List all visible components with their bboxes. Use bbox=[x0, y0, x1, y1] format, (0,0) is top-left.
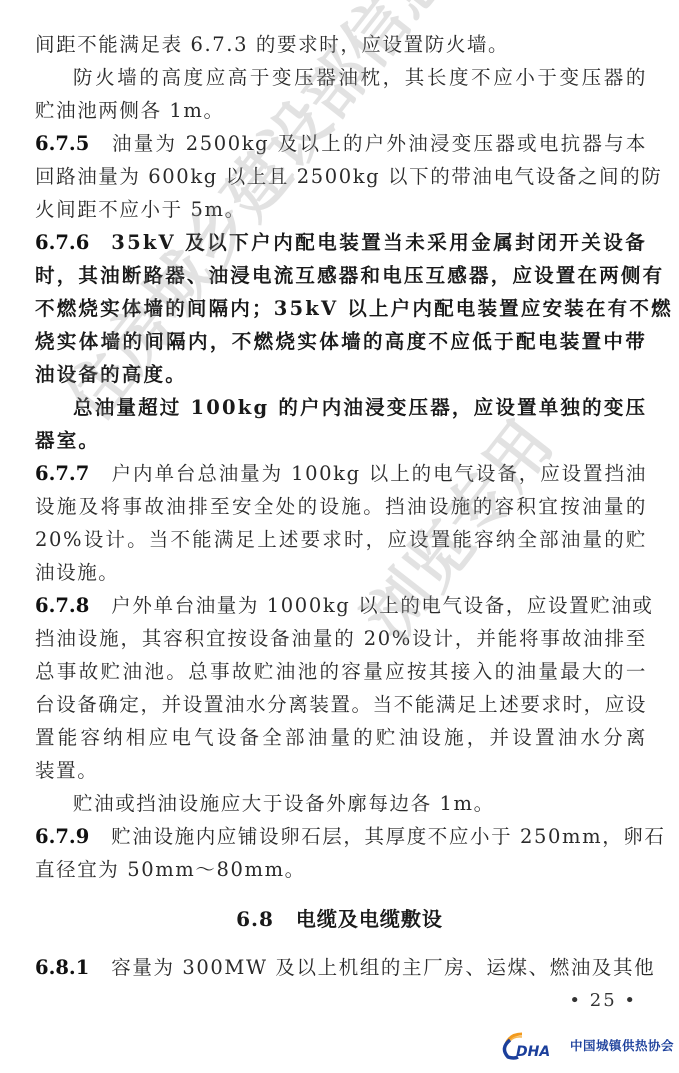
text-line: 不燃烧实体墙的间隔内；35kV 以上户内配电装置应安装在有不燃 bbox=[35, 297, 647, 321]
clause-number: 6.7.9 bbox=[35, 825, 89, 848]
line-text: 台设备确定，并设置油水分离装置。当不能满足上述要求时，应设 bbox=[35, 693, 647, 716]
line-text: 贮油或挡油设施应大于设备外廓每边各 1m。 bbox=[73, 792, 495, 815]
line-text: 贮油池两侧各 1m。 bbox=[35, 99, 225, 122]
clause-number: 6.7.5 bbox=[35, 132, 89, 155]
line-text: 油量为 2500kg 及以上的户外油浸变压器或电抗器与本 bbox=[111, 132, 647, 155]
line-text: 油设施。 bbox=[35, 561, 119, 584]
line-text: 火间距不应小于 5m。 bbox=[35, 198, 246, 221]
line-text: 20%设计。当不能满足上述要求时，应设置能容纳全部油量的贮 bbox=[35, 528, 647, 551]
svg-text:DHA: DHA bbox=[516, 1044, 550, 1060]
text-line: 油设备的高度。 bbox=[35, 363, 647, 387]
cdha-logo-icon: DHA bbox=[496, 1030, 566, 1060]
line-text: 设施及将事故油排至安全处的设施。挡油设施的容积宜按油量的 bbox=[35, 495, 647, 518]
line-text: 直径宜为 50mm～80mm。 bbox=[35, 858, 306, 881]
section-title: 电缆及电缆敷设 bbox=[296, 907, 443, 931]
text-line: 装置。 bbox=[35, 759, 647, 783]
text-line: 挡油设施，其容积宜按设备油量的 20%设计，并能将事故油排至 bbox=[35, 627, 647, 651]
text-line: 油设施。 bbox=[35, 561, 647, 585]
clause-6-8-1: 6.8.1容量为 300MW 及以上机组的主厂房、运煤、燃油及其他 bbox=[35, 956, 647, 980]
text-line: 总事故贮油池。总事故贮油池的容量应按其接入的油量最大的一 bbox=[35, 660, 647, 684]
clause-line: 6.7.5油量为 2500kg 及以上的户外油浸变压器或电抗器与本 bbox=[35, 132, 647, 156]
text-line: 台设备确定，并设置油水分离装置。当不能满足上述要求时，应设 bbox=[35, 693, 647, 717]
clause-text: 容量为 300MW 及以上机组的主厂房、运煤、燃油及其他 bbox=[111, 956, 655, 979]
cdha-logo: DHA 中国城镇供热协会 bbox=[496, 1030, 676, 1060]
text-line: 直径宜为 50mm～80mm。 bbox=[35, 858, 647, 882]
text-line: 设施及将事故油排至安全处的设施。挡油设施的容积宜按油量的 bbox=[35, 495, 647, 519]
clause-number: 6.7.7 bbox=[35, 462, 89, 485]
cdha-logo-text: 中国城镇供热协会 bbox=[570, 1036, 674, 1054]
text-line: 器室。 bbox=[35, 429, 647, 453]
line-text: 油设备的高度。 bbox=[35, 363, 187, 386]
clause-line: 6.7.9贮油设施内应铺设卵石层，其厚度不应小于 250mm，卵石 bbox=[35, 825, 647, 849]
line-text: 防火墙的高度应高于变压器油枕，其长度不应小于变压器的 bbox=[73, 66, 647, 89]
text-line: 20%设计。当不能满足上述要求时，应设置能容纳全部油量的贮 bbox=[35, 528, 647, 552]
text-line: 时，其油断路器、油浸电流互感器和电压互感器，应设置在两侧有 bbox=[35, 264, 647, 288]
document-page: 间距不能满足表 6.7.3 的要求时，应设置防火墙。防火墙的高度应高于变压器油枕… bbox=[0, 0, 679, 1073]
clause-number: 6.7.8 bbox=[35, 594, 89, 617]
section-heading: 6.8电缆及电缆敷设 bbox=[0, 903, 679, 932]
text-line: 置能容纳相应电气设备全部油量的贮油设施，并设置油水分离 bbox=[35, 726, 647, 750]
text-line: 火间距不应小于 5m。 bbox=[35, 198, 647, 222]
text-line: 防火墙的高度应高于变压器油枕，其长度不应小于变压器的 bbox=[73, 66, 647, 90]
text-line: 烧实体墙的间隔内，不燃烧实体墙的高度不应低于配电装置中带 bbox=[35, 330, 647, 354]
line-text: 烧实体墙的间隔内，不燃烧实体墙的高度不应低于配电装置中带 bbox=[35, 330, 647, 353]
line-text: 总事故贮油池。总事故贮油池的容量应按其接入的油量最大的一 bbox=[35, 660, 647, 683]
line-text: 户外单台油量为 1000kg 以上的电气设备，应设置贮油或 bbox=[111, 594, 653, 617]
line-text: 装置。 bbox=[35, 759, 98, 782]
line-text: 贮油设施内应铺设卵石层，其厚度不应小于 250mm，卵石 bbox=[111, 825, 665, 848]
clause-number: 6.8.1 bbox=[35, 956, 89, 979]
line-text: 挡油设施，其容积宜按设备油量的 20%设计，并能将事故油排至 bbox=[35, 627, 647, 650]
clause-line: 6.7.635kV 及以下户内配电装置当未采用金属封闭开关设备 bbox=[35, 231, 647, 255]
section-number: 6.8 bbox=[236, 907, 274, 931]
clause-line: 6.7.7户内单台总油量为 100kg 以上的电气设备，应设置挡油 bbox=[35, 462, 647, 486]
clause-number: 6.7.6 bbox=[35, 231, 89, 254]
line-text: 回路油量为 600kg 以上且 2500kg 以下的带油电气设备之间的防 bbox=[35, 165, 662, 188]
text-line: 贮油池两侧各 1m。 bbox=[35, 99, 647, 123]
text-line: 回路油量为 600kg 以上且 2500kg 以下的带油电气设备之间的防 bbox=[35, 165, 647, 189]
line-text: 户内单台总油量为 100kg 以上的电气设备，应设置挡油 bbox=[111, 462, 647, 485]
text-line: 贮油或挡油设施应大于设备外廓每边各 1m。 bbox=[73, 792, 647, 816]
text-line: 间距不能满足表 6.7.3 的要求时，应设置防火墙。 bbox=[35, 33, 647, 57]
line-text: 总油量超过 100kg 的户内油浸变压器，应设置单独的变压 bbox=[73, 396, 647, 419]
page-number: • 25 • bbox=[569, 990, 637, 1011]
line-text: 35kV 及以下户内配电装置当未采用金属封闭开关设备 bbox=[111, 231, 647, 254]
line-text: 时，其油断路器、油浸电流互感器和电压互感器，应设置在两侧有 bbox=[35, 264, 664, 287]
line-text: 不燃烧实体墙的间隔内；35kV 以上户内配电装置应安装在有不燃 bbox=[35, 297, 673, 320]
line-text: 间距不能满足表 6.7.3 的要求时，应设置防火墙。 bbox=[35, 33, 509, 56]
text-line: 总油量超过 100kg 的户内油浸变压器，应设置单独的变压 bbox=[73, 396, 647, 420]
line-text: 器室。 bbox=[35, 429, 100, 452]
clause-line: 6.7.8户外单台油量为 1000kg 以上的电气设备，应设置贮油或 bbox=[35, 594, 647, 618]
line-text: 置能容纳相应电气设备全部油量的贮油设施，并设置油水分离 bbox=[35, 726, 647, 749]
